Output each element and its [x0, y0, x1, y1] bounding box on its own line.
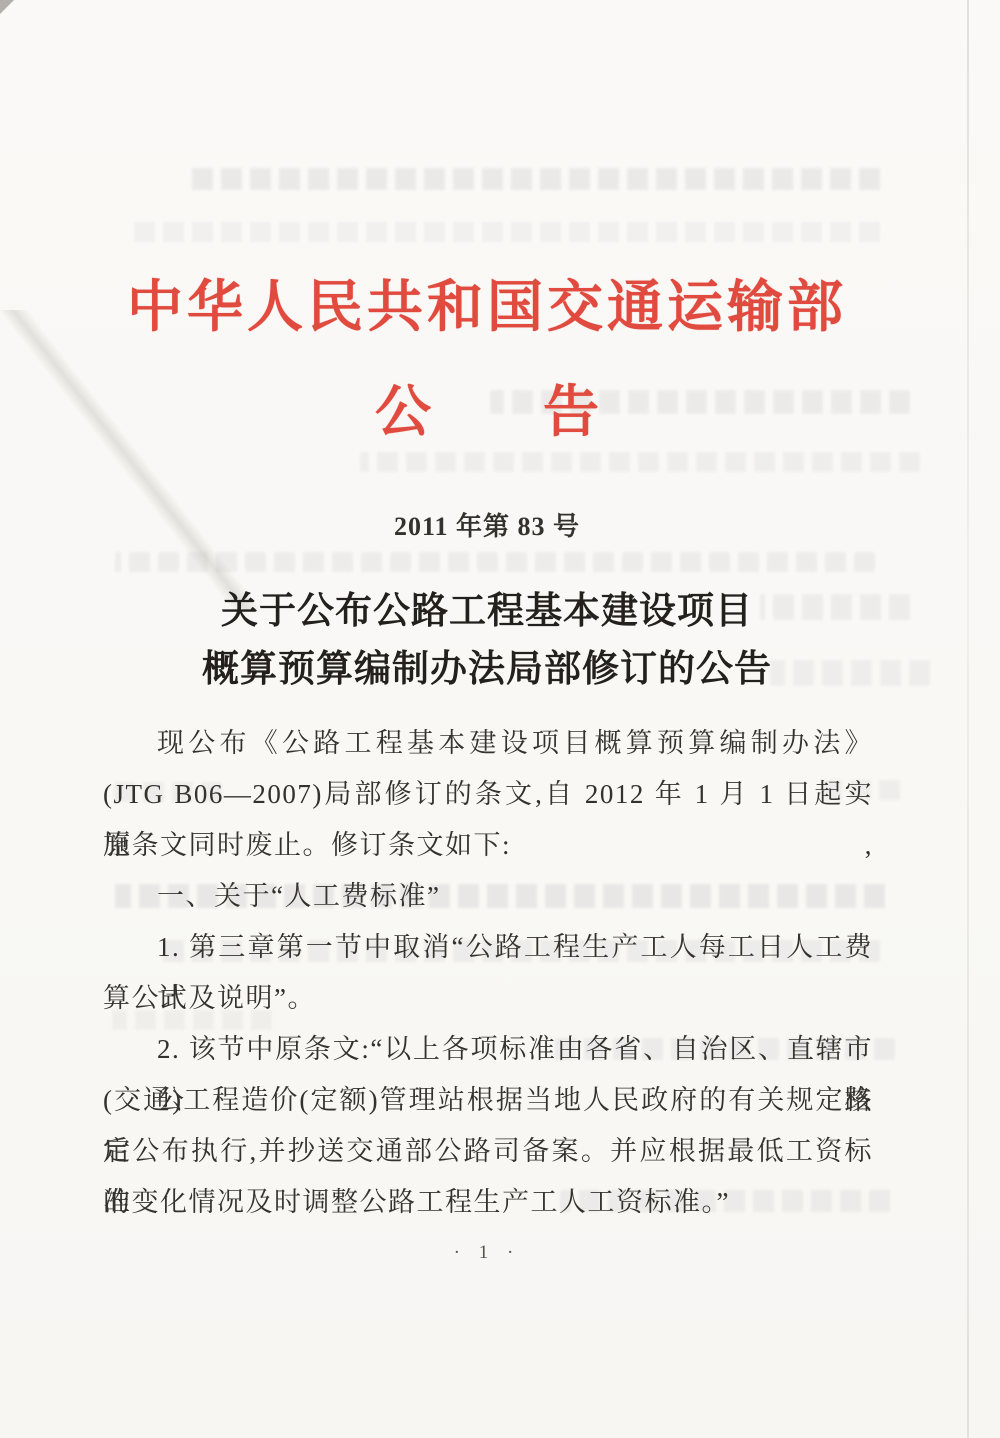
ministry-title: 中华人民共和国交通运输部 — [0, 276, 974, 340]
announcement-heading: 公 告 — [0, 382, 974, 444]
body-text: 现公布《公路工程基本建设项目概算预算编制办法》 (JTG B06—2007)局部… — [103, 718, 873, 1228]
notice-title: 关于公布公路工程基本建设项目 概算预算编制办法局部修订的公告 — [0, 582, 974, 698]
notice-title-line2: 概算预算编制办法局部修订的公告 — [0, 640, 974, 698]
document-content: 中华人民共和国交通运输部 公 告 2011 年第 83 号 关于公布公路工程基本… — [0, 0, 974, 1438]
body-line-p3-3: 后公布执行,并抄送交通部公路司备案。并应根据最低工资标准 — [103, 1126, 873, 1177]
body-section-heading: 一、关于“人工费标准” — [103, 871, 873, 922]
body-line-p2-1: 1. 第三章第一节中取消“公路工程生产工人每工日人工费计 — [103, 922, 873, 973]
body-line-p1-1: 现公布《公路工程基本建设项目概算预算编制办法》 — [103, 718, 873, 769]
body-line-p3-2: (交通)工程造价(定额)管理站根据当地人民政府的有关规定核定 — [103, 1075, 873, 1126]
body-line-p1-2: (JTG B06—2007)局部修订的条文,自 2012 年 1 月 1 日起实… — [103, 769, 873, 820]
scanned-document-page: 中华人民共和国交通运输部 公 告 2011 年第 83 号 关于公布公路工程基本… — [0, 0, 1000, 1438]
body-line-p2-2: 算公式及说明”。 — [103, 973, 873, 1024]
notice-title-line1: 关于公布公路工程基本建设项目 — [0, 582, 974, 640]
body-line-p3-4: 的变化情况及时调整公路工程生产工人工资标准。” — [103, 1177, 873, 1228]
document-number: 2011 年第 83 号 — [0, 510, 974, 544]
page-number: · 1 · — [0, 1240, 974, 1266]
body-line-p3-1: 2. 该节中原条文:“以上各项标准由各省、自治区、直辖市公路 — [103, 1024, 873, 1075]
